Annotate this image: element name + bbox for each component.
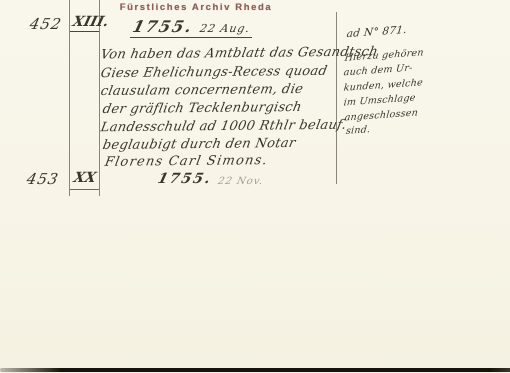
side-note-line: sind. [345,124,371,137]
entry-date-day: 22 Nov. [217,176,265,187]
column-rule-left [69,0,70,196]
archive-card-scan: Fürstliches Archiv Rheda 452 XIII. 1755.… [0,0,510,373]
entry-roman-numeral: XX [72,170,98,186]
entry-date-year: 1755. [131,17,196,36]
scan-edge-shadow [0,368,510,372]
body-line: beglaubigt durch den Notar [101,136,296,153]
side-note-line: angeschlossen [344,107,419,123]
body-line: clausulam concernentem, die [99,82,304,99]
entry-roman-numeral: XIII. [71,14,110,30]
side-note-line: kunden, welche [343,77,423,93]
entry-number: 452 [28,15,63,33]
roman-underline [70,189,99,190]
body-line: Von haben das Amtblatt das Gesandtsch [99,45,379,63]
body-line: der gräflich Tecklenburgisch [101,100,303,117]
column-rule-right [336,12,337,184]
body-line: Florens Carl Simons. [103,153,269,170]
entry-date-day: 22 Aug. [199,22,252,35]
entry-number: 453 [25,170,60,188]
date-underline [130,37,252,38]
side-note-line: auch dem Ur- [343,63,413,79]
roman-underline [70,31,99,32]
entry-date-year: 1755. [156,171,214,187]
archive-stamp: Fürstliches Archiv Rheda [100,2,292,13]
body-line: Giese Ehelichungs-Recess quoad [99,64,328,81]
body-line: Landesschuld ad 1000 Rthlr belauf. [99,118,347,136]
side-note-line: im Umschlage [343,93,416,109]
side-note-line: ad N° 871. [346,24,407,40]
